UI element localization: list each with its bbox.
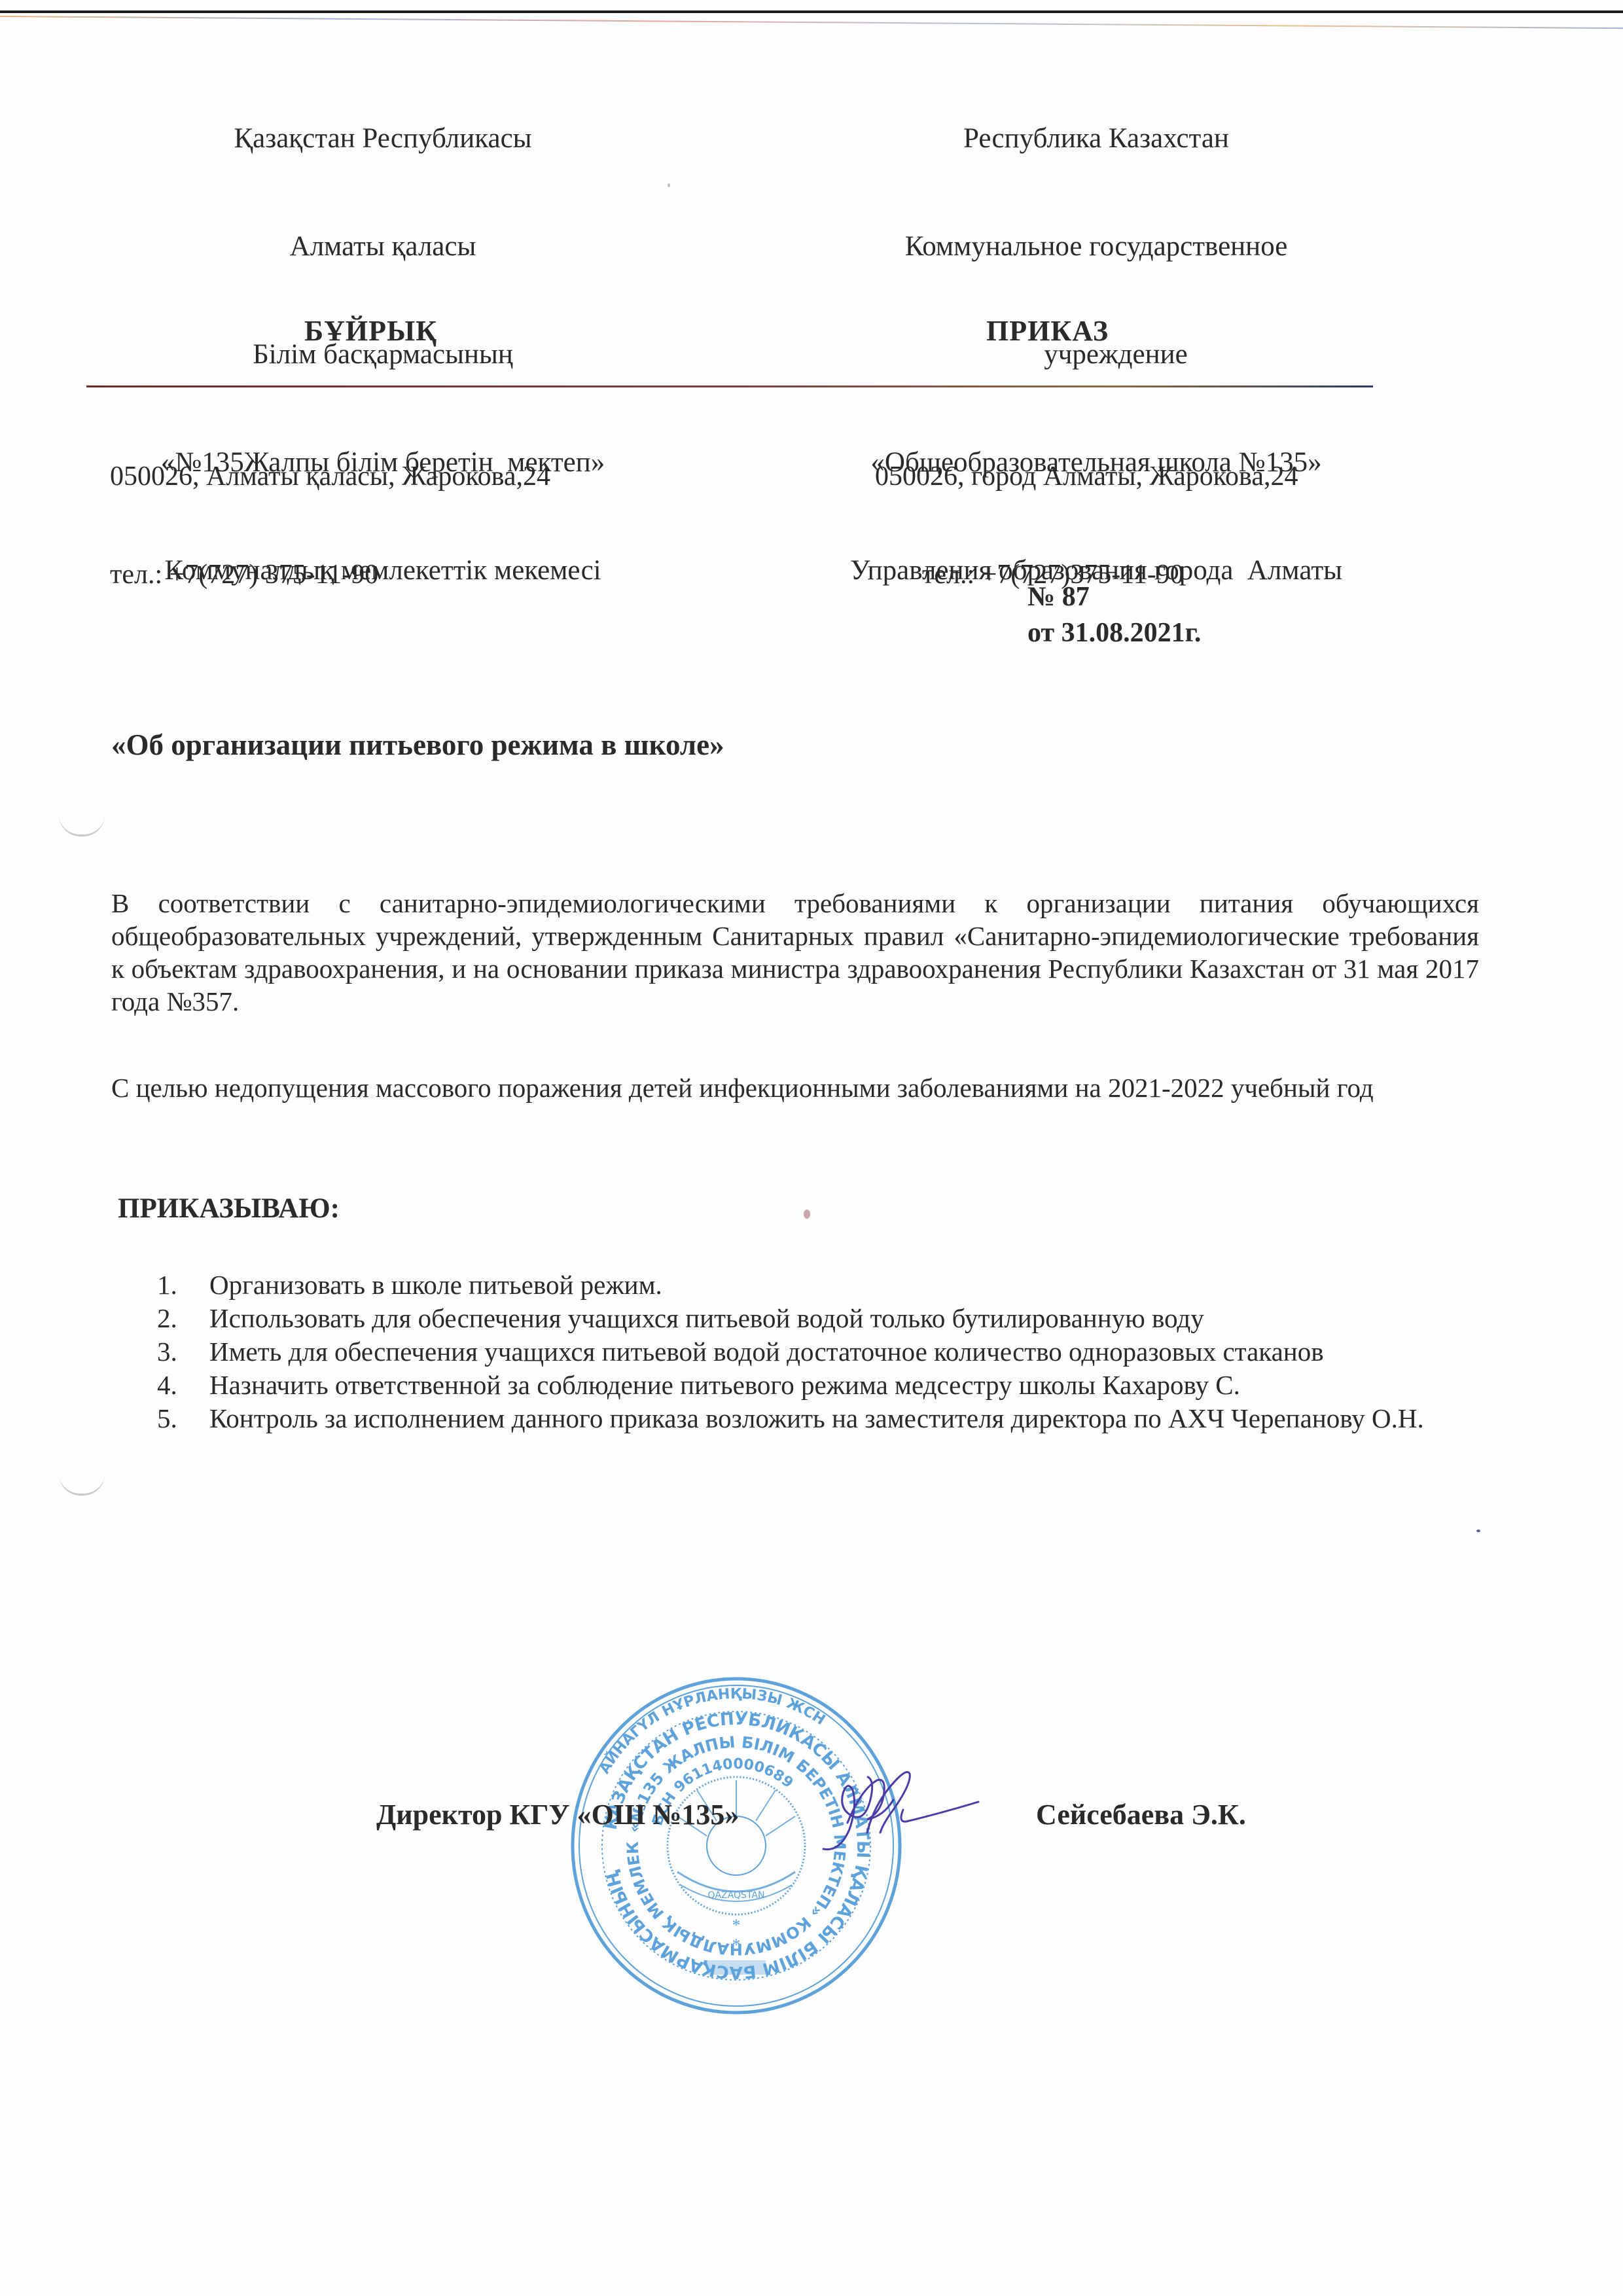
letterhead-kz-line: Қазақстан Республикасы xyxy=(105,120,661,156)
list-item-number: 1. xyxy=(157,1268,209,1302)
order-subject: «Об организации питьевого режима в школе… xyxy=(111,728,724,762)
scan-speck xyxy=(668,183,670,187)
order-meta: № 87 от 31.08.2021г. xyxy=(1027,579,1201,651)
document-type-kz: БҰЙРЫҚ xyxy=(304,314,437,348)
scan-artifact-line xyxy=(0,16,1623,29)
body-paragraph-purpose: С целью недопущения массового поражения … xyxy=(111,1071,1479,1104)
svg-text:*: * xyxy=(732,1935,741,1954)
address-phone: тел.: +7(727) 375-11-90 xyxy=(110,558,550,591)
document-type-ru: ПРИКАЗ xyxy=(986,314,1109,348)
address-street: 050026, город Алматы, Жарокова,24 xyxy=(875,460,1298,493)
list-item-number: 5. xyxy=(157,1402,209,1435)
order-number: № 87 xyxy=(1027,579,1201,615)
list-item-number: 4. xyxy=(157,1369,209,1402)
order-directive-heading: ПРИКАЗЫВАЮ: xyxy=(118,1193,340,1225)
list-item-text: Назначить ответственной за соблюдение пи… xyxy=(209,1369,1479,1402)
punch-hole-mark xyxy=(59,1474,105,1496)
address-street: 050026, Алматы қаласы, Жарокова,24 xyxy=(110,460,550,493)
list-item-text: Контроль за исполнением данного приказа … xyxy=(209,1402,1479,1435)
list-item: 2. Использовать для обеспечения учащихся… xyxy=(157,1302,1479,1335)
list-item-number: 3. xyxy=(157,1335,209,1369)
list-item: 3. Иметь для обеспечения учащихся питьев… xyxy=(157,1335,1479,1369)
letterhead-ru-line: Коммунальное государственное xyxy=(785,228,1407,264)
signatory-position: Директор КГУ «ОШ №135» xyxy=(376,1798,739,1831)
list-item: 5. Контроль за исполнением данного прика… xyxy=(157,1402,1479,1435)
list-item-number: 2. xyxy=(157,1302,209,1335)
scan-top-edge xyxy=(0,10,1623,13)
letterhead-divider xyxy=(86,386,1373,387)
svg-text:QAZAQSTAN: QAZAQSTAN xyxy=(708,1890,765,1901)
scan-speck xyxy=(804,1210,810,1219)
address-kazakh: 050026, Алматы қаласы, Жарокова,24 тел.:… xyxy=(110,395,550,624)
order-items-list: 1. Организовать в школе питьевой режим. … xyxy=(157,1268,1479,1435)
letterhead-kz-line: Алматы қаласы xyxy=(105,228,661,264)
signatory-name: Сейсебаева Э.К. xyxy=(1036,1798,1246,1831)
list-item: 4. Назначить ответственной за соблюдение… xyxy=(157,1369,1479,1402)
list-item-text: Иметь для обеспечения учащихся питьевой … xyxy=(209,1335,1479,1369)
handwritten-signature-icon xyxy=(811,1761,1008,1859)
list-item-text: Организовать в школе питьевой режим. xyxy=(209,1268,1479,1302)
punch-hole-mark xyxy=(59,815,105,836)
svg-text:*: * xyxy=(732,1916,741,1935)
scan-speck xyxy=(1476,1530,1480,1532)
list-item-text: Использовать для обеспечения учащихся пи… xyxy=(209,1302,1479,1335)
body-paragraph-basis: В соответствии с санитарно-эпидемиологич… xyxy=(111,887,1479,1018)
order-date: от 31.08.2021г. xyxy=(1027,615,1201,651)
list-item: 1. Организовать в школе питьевой режим. xyxy=(157,1268,1479,1302)
letterhead-ru-line: Республика Казахстан xyxy=(785,120,1407,156)
